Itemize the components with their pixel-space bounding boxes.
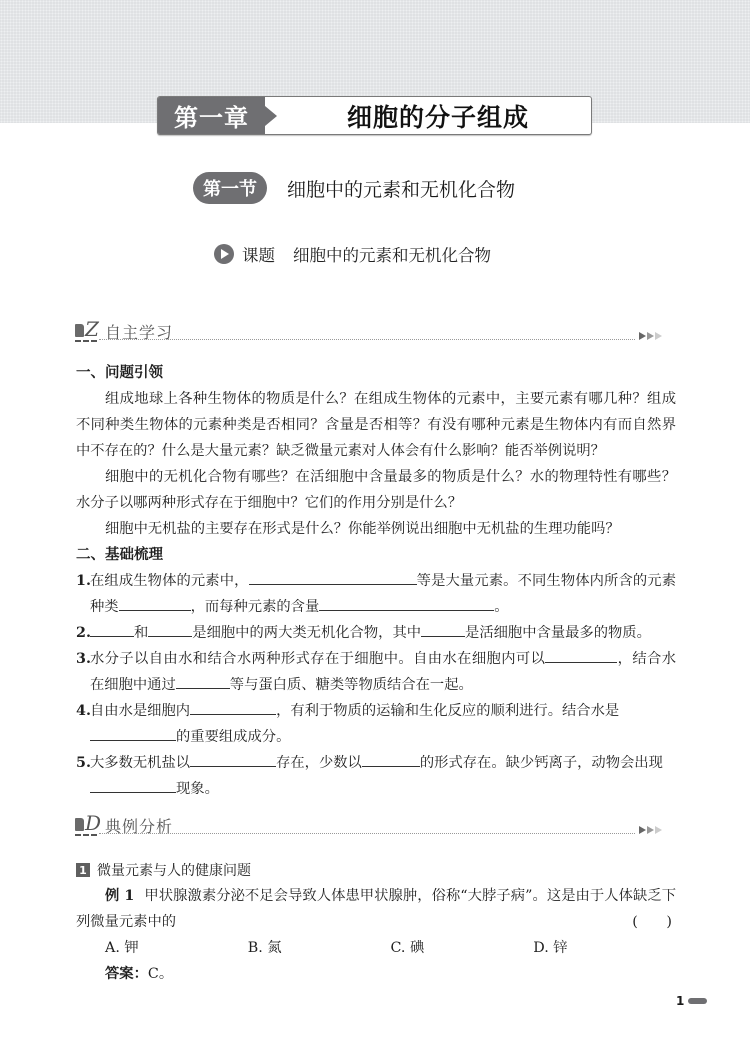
option-c: C. 碘	[391, 935, 534, 961]
blank-field[interactable]	[362, 750, 420, 767]
blank-field[interactable]	[249, 568, 417, 585]
blank-field[interactable]	[90, 776, 176, 793]
example-1: 例 1甲状腺激素分泌不足会导致人体患甲状腺肿，俗称“大脖子病”。这是由于人体缺乏…	[76, 883, 676, 987]
book-icon	[75, 818, 84, 831]
option-a: A. 钾	[105, 935, 248, 961]
option-d: D. 锌	[533, 935, 676, 961]
triple-arrow-icon	[639, 332, 663, 340]
answer-line: 答案：C。	[76, 961, 676, 987]
blank-field[interactable]	[148, 620, 192, 637]
fill-item-1: 1. 在组成生物体的元素中，等是大量元素。不同生物体内所含的元素种类，而每种元素…	[76, 568, 676, 620]
blank-field[interactable]	[119, 594, 191, 611]
blank-field[interactable]	[319, 594, 494, 611]
answer-value: C。	[148, 966, 173, 982]
page-marker-bar	[688, 998, 707, 1004]
dotted-divider	[99, 339, 635, 340]
fill-item-2: 2. 和是细胞中的两大类无机化合物，其中是活细胞中含量最多的物质。	[76, 620, 676, 646]
lesson-heading: 课题 细胞中的元素和无机化合物	[214, 242, 491, 266]
blank-field[interactable]	[190, 698, 276, 715]
section-heading: 第一节 细胞中的元素和无机化合物	[193, 172, 515, 204]
blank-field[interactable]	[176, 672, 230, 689]
example-question: 甲状腺激素分泌不足会导致人体患甲状腺肿，俗称“大脖子病”。这是由于人体缺乏下列微…	[76, 888, 676, 930]
blank-field[interactable]	[190, 750, 276, 767]
example-label: 例 1	[105, 888, 134, 904]
topic-title: 微量元素与人的健康问题	[97, 860, 251, 880]
question-paragraph: 细胞中无机盐的主要存在形式是什么？你能举例说出细胞中无机盐的生理功能吗？	[76, 516, 676, 542]
fill-item-3: 3. 水分子以自由水和结合水两种形式存在于细胞中。自由水在细胞内可以，结合水在细…	[76, 646, 676, 698]
answer-label: 答案：	[105, 966, 148, 982]
self-study-content: 一、问题引领 组成地球上各种生物体的物质是什么？在组成生物体的元素中，主要元素有…	[76, 360, 676, 802]
dotted-divider	[99, 833, 635, 834]
page-number: 1	[676, 994, 707, 1008]
fill-item-4: 4. 自由水是细胞内，有利于物质的运输和生化反应的顺利进行。结合水是的重要组成成…	[76, 698, 676, 750]
section-title: 细胞中的元素和无机化合物	[287, 175, 515, 202]
blank-field[interactable]	[545, 646, 617, 663]
blank-field[interactable]	[90, 724, 176, 741]
options-row: A. 钾 B. 氮 C. 碘 D. 锌	[76, 935, 676, 961]
triple-arrow-icon	[639, 826, 663, 834]
fill-item-5: 5. 大多数无机盐以存在，少数以的形式存在。缺少钙离子，动物会出现现象。	[76, 750, 676, 802]
chapter-label: 第一章	[158, 97, 265, 134]
question-paragraph: 组成地球上各种生物体的物质是什么？在组成生物体的元素中，主要元素有哪几种？组成不…	[76, 386, 676, 464]
topic-number-badge: 1	[76, 863, 90, 877]
question-paragraph: 细胞中的无机化合物有哪些？在活细胞中含量最多的物质是什么？水的物理特性有哪些？水…	[76, 464, 676, 516]
answer-parentheses: ( )	[603, 909, 672, 935]
option-b: B. 氮	[248, 935, 391, 961]
blank-field[interactable]	[421, 620, 465, 637]
topic-heading: 1 微量元素与人的健康问题	[76, 860, 251, 880]
lesson-title: 细胞中的元素和无机化合物	[293, 242, 491, 266]
part2-heading: 二、基础梳理	[76, 542, 676, 568]
play-icon	[214, 244, 234, 264]
letter-d-icon: D	[85, 811, 101, 835]
section-label: 第一节	[193, 172, 267, 204]
lesson-label: 课题	[242, 242, 275, 266]
page-number-text: 1	[676, 994, 684, 1008]
part1-heading: 一、问题引领	[76, 360, 676, 386]
blank-field[interactable]	[90, 620, 134, 637]
book-icon	[75, 324, 84, 337]
chapter-title: 细胞的分子组成	[265, 98, 591, 134]
letter-z-icon: Z	[85, 317, 99, 341]
chapter-banner: 第一章 细胞的分子组成	[157, 96, 592, 135]
self-study-header: Z 自主学习	[75, 318, 675, 348]
example-analysis-header: D 典例分析	[75, 812, 675, 842]
